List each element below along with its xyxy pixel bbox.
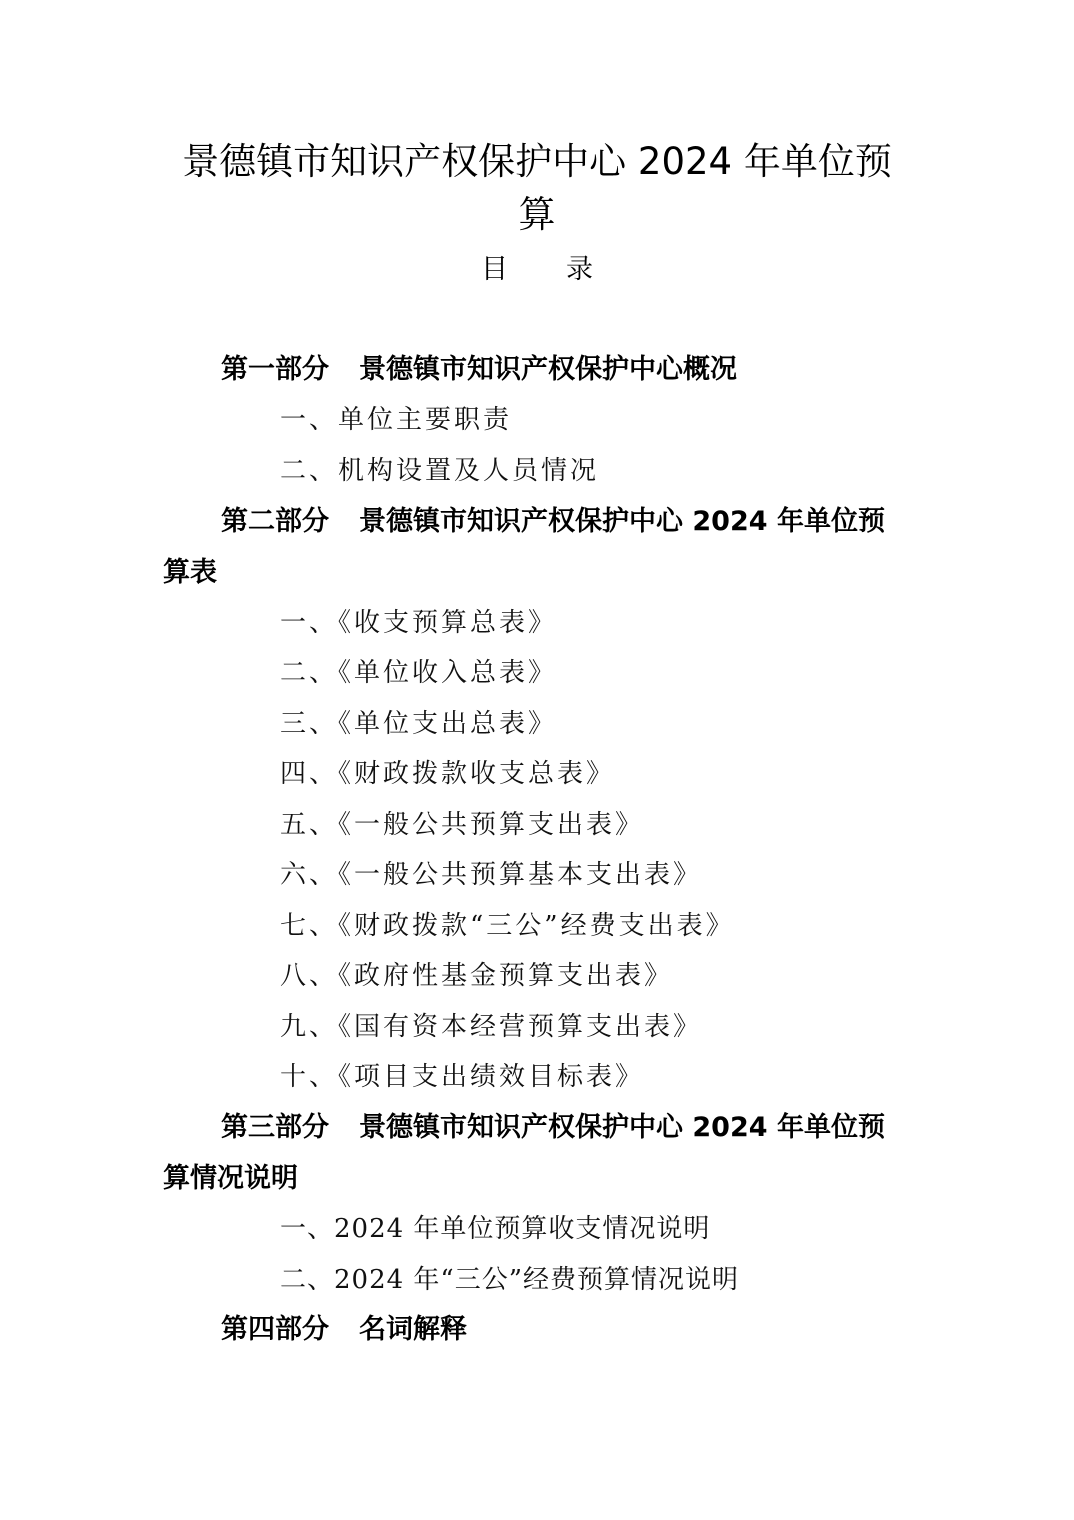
part3-title-line1: 景德镇市知识产权保护中心 2024 年单位预 xyxy=(359,1112,885,1143)
toc-part2-item-8[interactable]: 八、《政府性基金预算支出表》 xyxy=(280,958,673,994)
document-title-line2: 算 xyxy=(160,190,914,240)
part3-label: 第三部分 xyxy=(221,1112,329,1143)
part4-label: 第四部分 xyxy=(221,1314,329,1345)
part3-title-line2[interactable]: 算情况说明 xyxy=(163,1161,298,1197)
toc-part4-heading[interactable]: 第四部分名词解释 xyxy=(221,1312,467,1348)
toc-heading-left: 目 xyxy=(481,254,508,285)
toc-part3-heading[interactable]: 第三部分景德镇市知识产权保护中心 2024 年单位预 xyxy=(221,1110,885,1146)
toc-part2-item-2[interactable]: 二、《单位收入总表》 xyxy=(280,655,557,691)
toc-part2-item-7[interactable]: 七、《财政拨款“三公”经费支出表》 xyxy=(280,908,735,944)
toc-part1-item-2[interactable]: 二、机构设置及人员情况 xyxy=(280,453,599,489)
toc-part2-item-9[interactable]: 九、《国有资本经营预算支出表》 xyxy=(280,1009,702,1045)
toc-part2-item-5[interactable]: 五、《一般公共预算支出表》 xyxy=(280,807,644,843)
toc-part2-item-1[interactable]: 一、《收支预算总表》 xyxy=(280,605,557,641)
toc-part2-item-6[interactable]: 六、《一般公共预算基本支出表》 xyxy=(280,857,702,893)
part1-title: 景德镇市知识产权保护中心概况 xyxy=(359,354,737,385)
document-title-line1: 景德镇市知识产权保护中心 2024 年单位预 xyxy=(160,137,914,187)
toc-heading-right: 录 xyxy=(566,254,593,285)
toc-part1-item-1[interactable]: 一、单位主要职责 xyxy=(280,402,512,438)
part2-title-line1: 景德镇市知识产权保护中心 2024 年单位预 xyxy=(359,506,885,537)
toc-part2-item-4[interactable]: 四、《财政拨款收支总表》 xyxy=(280,756,615,792)
toc-part1-heading[interactable]: 第一部分景德镇市知识产权保护中心概况 xyxy=(221,352,737,388)
toc-part3-item-1[interactable]: 一、2024 年单位预算收支情况说明 xyxy=(280,1211,710,1247)
document-page: 景德镇市知识产权保护中心 2024 年单位预 算 目录 第一部分景德镇市知识产权… xyxy=(0,0,1074,1520)
toc-part2-heading[interactable]: 第二部分景德镇市知识产权保护中心 2024 年单位预 xyxy=(221,504,885,540)
toc-part3-item-2[interactable]: 二、2024 年“三公”经费预算情况说明 xyxy=(280,1262,739,1298)
toc-part2-item-10[interactable]: 十、《项目支出绩效目标表》 xyxy=(280,1059,644,1095)
toc-heading: 目录 xyxy=(0,252,1074,288)
part2-title-line2[interactable]: 算表 xyxy=(163,555,217,591)
part2-label: 第二部分 xyxy=(221,506,329,537)
toc-part2-item-3[interactable]: 三、《单位支出总表》 xyxy=(280,706,557,742)
part1-label: 第一部分 xyxy=(221,354,329,385)
part4-title: 名词解释 xyxy=(359,1314,467,1345)
